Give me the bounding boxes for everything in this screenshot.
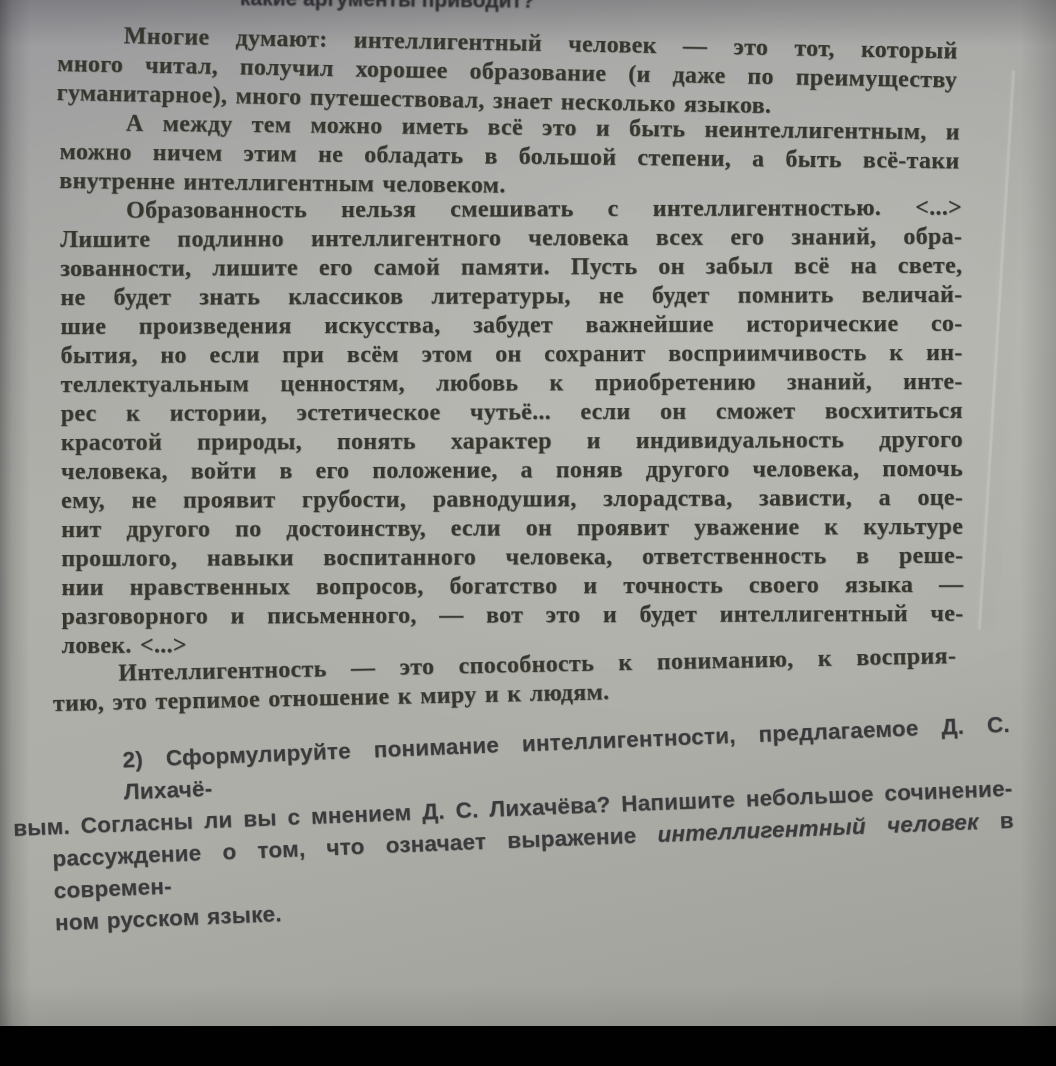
text-line: зованности, лишите его самой памяти. Пус… bbox=[60, 252, 962, 284]
text-line: бытия, но если при всём этом он сохранит… bbox=[61, 339, 963, 371]
paragraph-intro: Многие думают: интеллигентный человек — … bbox=[56, 21, 957, 124]
letterbox-bottom-bar bbox=[0, 1026, 1056, 1066]
text-line: разговорного и письменного, — вот это и … bbox=[61, 600, 963, 632]
text-line: шие произведения искусства, забудет важн… bbox=[60, 310, 962, 342]
text-line: нит другого по достоинству, если он проя… bbox=[61, 513, 963, 545]
text-line: рес к истории, эстетическое чутьё... есл… bbox=[61, 397, 963, 429]
paper-crease bbox=[978, 70, 1015, 629]
text-line: прошлого, навыки воспитанного человека, … bbox=[61, 542, 963, 574]
text-line: красотой природы, понять характер и инди… bbox=[61, 426, 963, 458]
text-line: человека, войти в его положение, а поняв… bbox=[61, 455, 963, 487]
textbook-page-photo: какие аргументы приводит? Многие думают:… bbox=[0, 0, 1056, 1026]
text-line: Образованность нельзя смешивать с интелл… bbox=[60, 194, 962, 226]
exercise-task-2: 2) Сформулируйте понимание интеллигентно… bbox=[10, 709, 1017, 941]
text-line: нии нравственных вопросов, богатство и т… bbox=[61, 571, 963, 603]
paragraph-main: Образованность нельзя смешивать с интелл… bbox=[60, 194, 964, 661]
clipped-top-text-line: какие аргументы приводит? bbox=[240, 0, 840, 16]
text-line: Лишите подлинно интеллигентного человека… bbox=[60, 223, 962, 255]
text-line: не будет знать классиков литературы, не … bbox=[60, 281, 962, 313]
text-line: ему, не проявит грубости, равнодушия, зл… bbox=[61, 484, 963, 516]
screenshot-root: { "photo": { "description": "photograph … bbox=[0, 0, 1056, 1066]
paragraph-second: А между тем можно иметь всё это и быть н… bbox=[59, 109, 960, 205]
text-line: теллектуальным ценностям, любовь к приоб… bbox=[61, 368, 963, 400]
